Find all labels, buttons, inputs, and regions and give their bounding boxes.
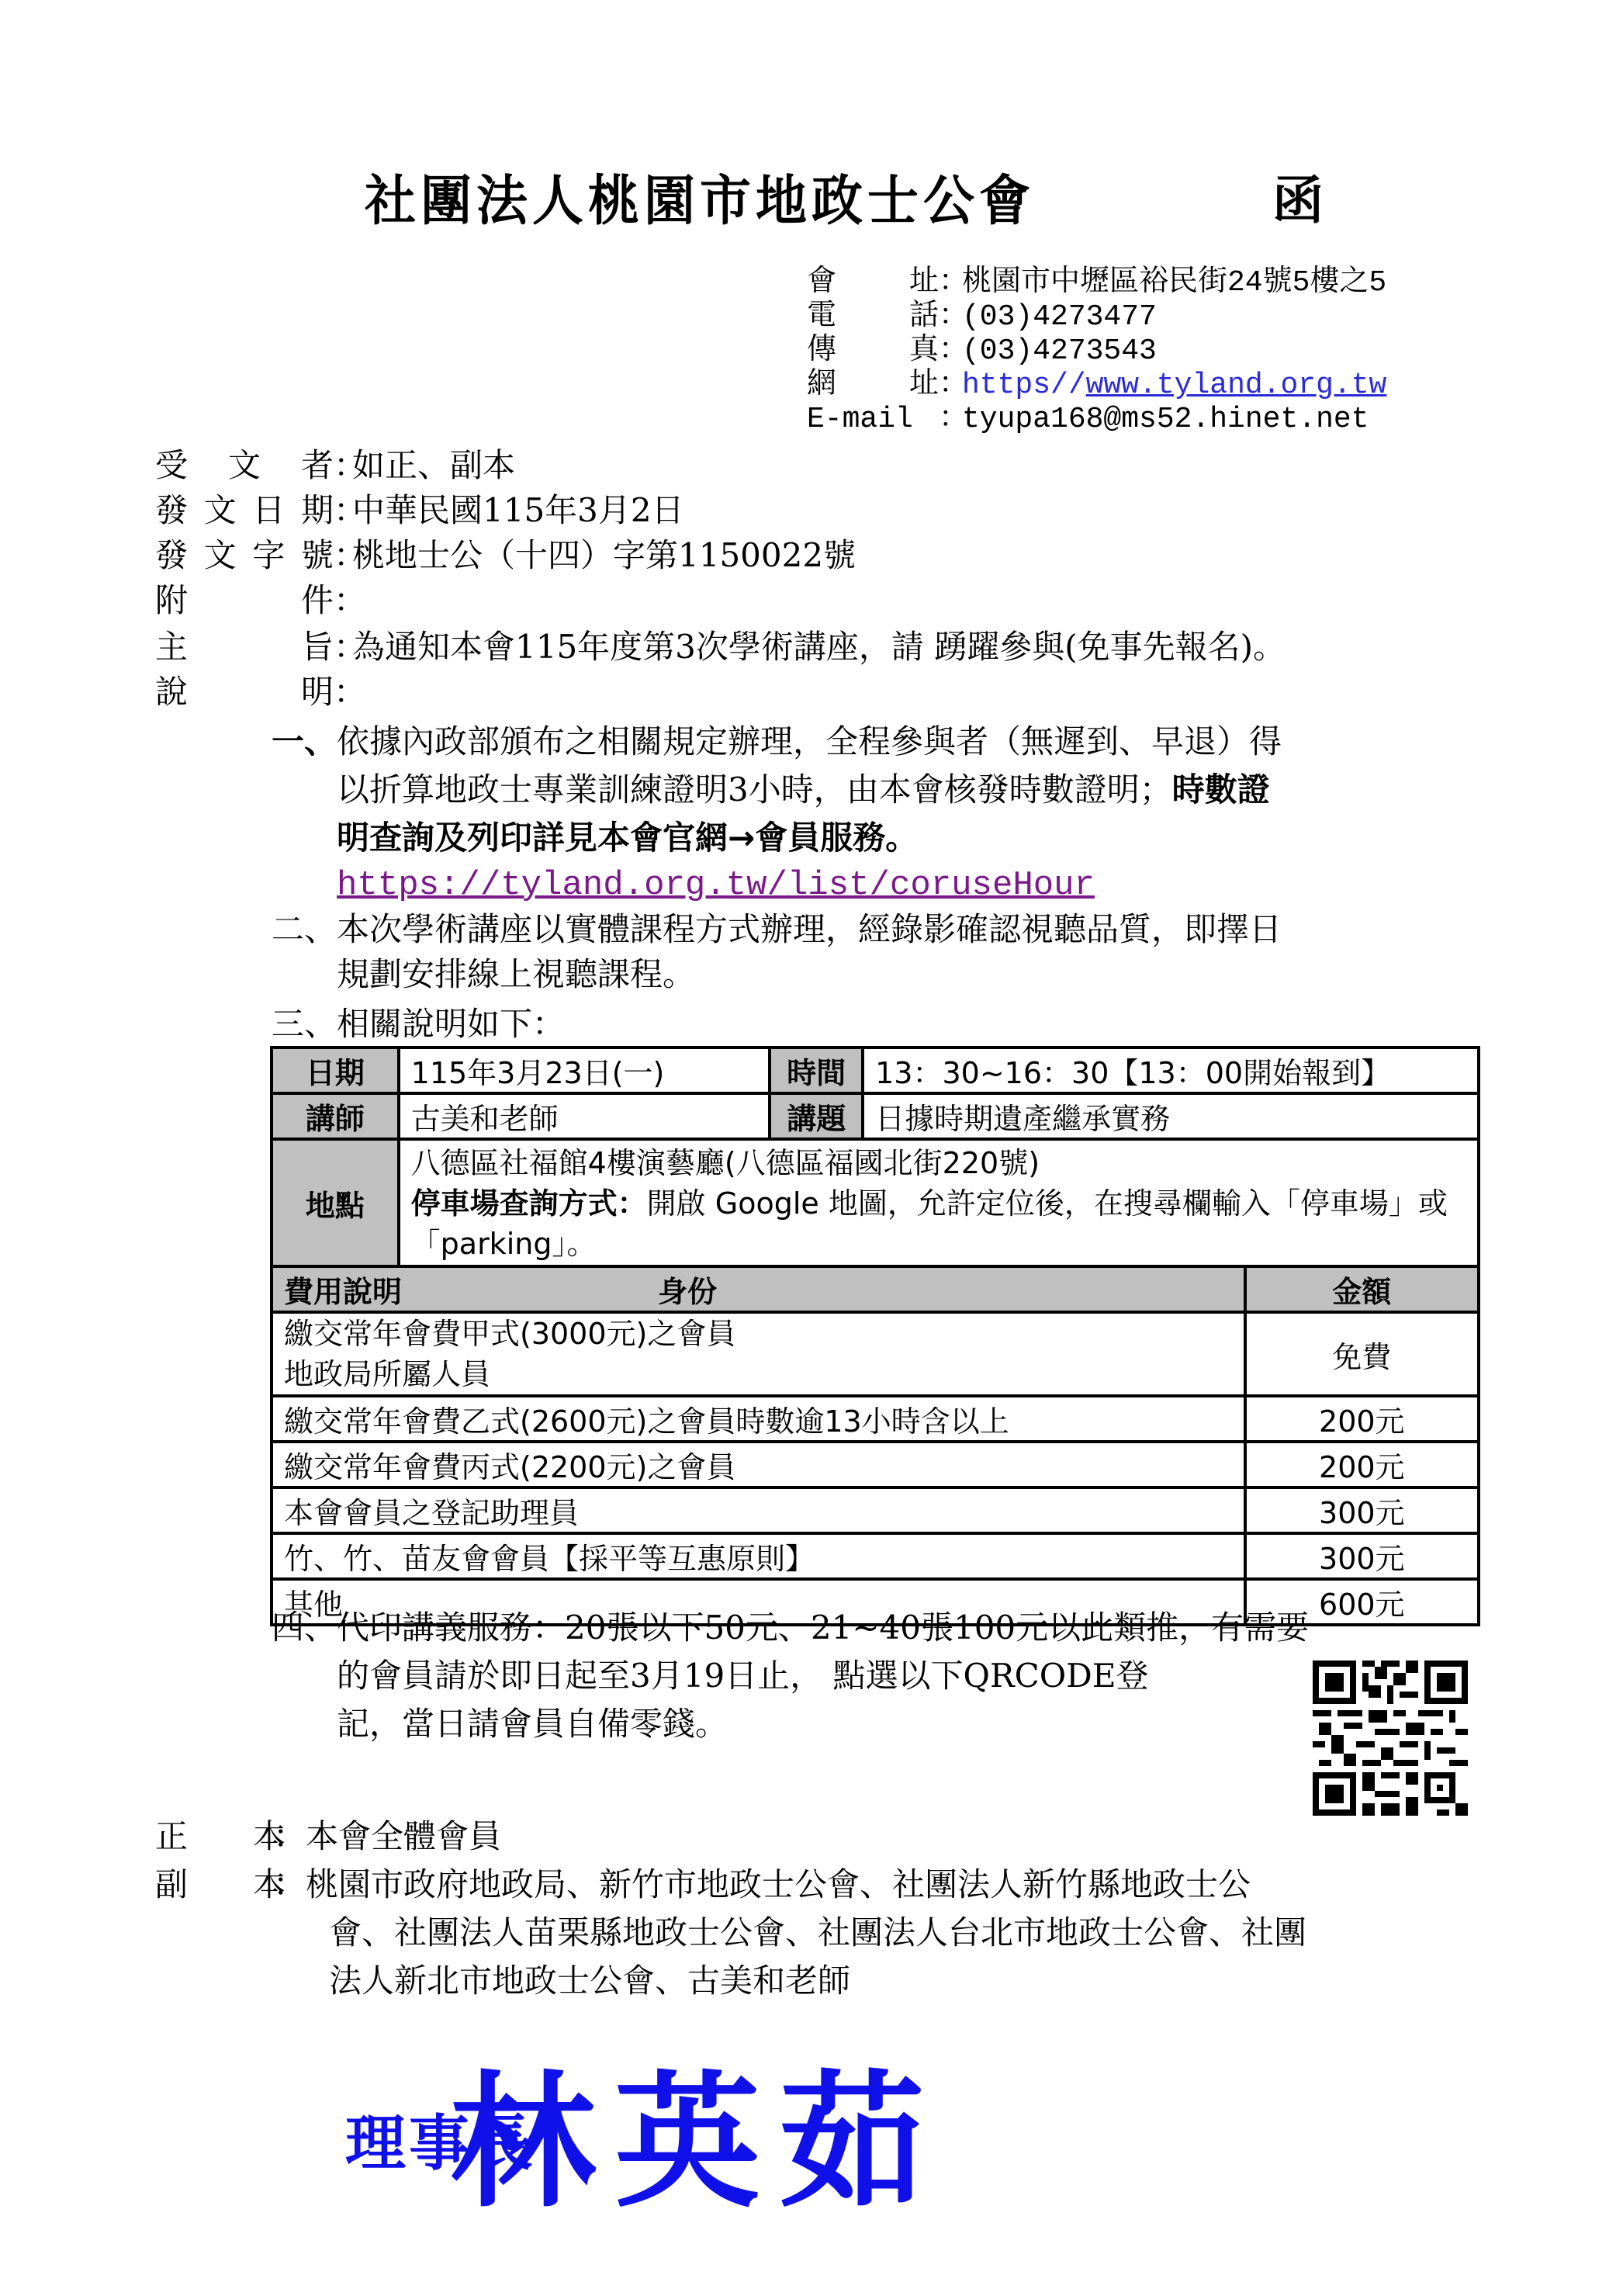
item-one-line3: 明查詢及列印詳見本會官網→會員服務。 (337, 815, 918, 861)
contact-block: 會 址：桃園市中壢區裕民街24號5樓之5 電 話：(03)4273477 傳 真… (807, 266, 1386, 437)
item-four-line3: 記，當日請會員自備零錢。 (337, 1701, 728, 1747)
qr-code-icon[interactable] (1313, 1661, 1468, 1816)
venue-value-cell: 八德區社福館4樓演藝廳(八德區福國北街220號) 停車場查詢方式：開啟 Goog… (399, 1139, 1479, 1266)
speaker-label-cell: 講師 (272, 1093, 399, 1139)
contact-address: 會 址：桃園市中壢區裕民街24號5樓之5 (807, 266, 1386, 300)
time-label-cell: 時間 (770, 1048, 863, 1093)
table-row: 竹、竹、苗友會會員【採平等互惠原則】 300元 (272, 1533, 1479, 1579)
contact-phone: 電 話：(03)4273477 (807, 300, 1386, 334)
recipient-field: 受文者：如正、副本 (155, 444, 515, 487)
date-field: 發文日期：中華民國115年3月2日 (155, 489, 684, 532)
reference-field: 發文字號：桃地士公（十四）字第1150022號 (155, 534, 856, 577)
table-row: 繳交常年會費乙式(2600元)之會員時數逾13小時含以上 200元 (272, 1396, 1479, 1442)
course-hour-link[interactable]: https://tyland.org.tw/list/coruseHour (337, 860, 1095, 909)
table-row: 繳交常年會費甲式(3000元)之會員 地政局所屬人員 免費 (272, 1312, 1479, 1396)
venue-label-cell: 地點 (272, 1139, 399, 1266)
fee-header-row: 費用說明身份 金額 (272, 1266, 1479, 1312)
contact-email: E-mail：tyupa168@ms52.hinet.net (807, 403, 1386, 437)
copy-recipients-line1: 副 本：桃園市政府地政局、新竹市地政士公會、社團法人新竹縣地政士公 (155, 1861, 1251, 1909)
item-four-line2: 的會員請於即日起至3月19日止， 點選以下QRCODE登 (337, 1653, 1148, 1699)
speaker-value-cell: 古美和老師 (399, 1093, 770, 1139)
explanation-label: 說 明： (155, 670, 352, 714)
copy-recipients-line2: 會、社團法人苗栗縣地政士公會、社團法人台北市地政士公會、社團 (329, 1909, 1306, 1957)
time-value-cell: 13：30~16：30【13：00開始報到】 (863, 1048, 1479, 1093)
date-label-cell: 日期 (272, 1048, 399, 1093)
copy-recipients-line3: 法人新北市地政士公會、古美和老師 (329, 1957, 850, 2005)
topic-value-cell: 日據時期遺產繼承實務 (863, 1093, 1479, 1139)
topic-label-cell: 講題 (770, 1093, 863, 1139)
item-one-line1: 一、依據內政部頒布之相關規定辦理，全程參與者（無遲到、早退）得 (272, 719, 1282, 765)
table-row: 繳交常年會費丙式(2200元)之會員 200元 (272, 1442, 1479, 1487)
contact-website: 網 址：https//www.tyland.org.tw (807, 369, 1386, 403)
doc-type: 函 (1272, 159, 1324, 233)
website-link[interactable]: www.tyland.org.tw (1086, 369, 1387, 402)
subject-field: 主 旨：為通知本會115年度第3次學術講座，請 踴躍參與(免事先報名)。 (155, 625, 1286, 669)
item-three-line1: 三、相關說明如下： (272, 1001, 565, 1048)
original-recipients: 正 本：本會全體會員 (155, 1813, 501, 1861)
org-title: 社團法人桃園市地政士公會 (365, 158, 1035, 235)
table-row: 本會會員之登記助理員 300元 (272, 1487, 1479, 1533)
item-two-line2: 規劃安排線上視聽課程。 (337, 951, 695, 998)
contact-fax: 傳 真：(03)4273543 (807, 334, 1386, 369)
date-value-cell: 115年3月23日(一) (399, 1048, 770, 1093)
table-row-venue: 地點 八德區社福館4樓演藝廳(八德區福國北街220號) 停車場查詢方式：開啟 G… (272, 1139, 1479, 1266)
attachment-field: 附 件： (155, 579, 352, 622)
item-one-line2: 以折算地政士專業訓練證明3小時，由本會核發時數證明；時數證 (337, 767, 1270, 813)
lecture-info-table: 日期 115年3月23日(一) 時間 13：30~16：30【13：00開始報到… (270, 1046, 1480, 1626)
item-two-line1: 二、本次學術講座以實體課程方式辦理，經錄影確認視聽品質，即擇日 (272, 906, 1282, 953)
fee-header-cell: 費用說明身份 (272, 1266, 1245, 1312)
amount-header-cell: 金額 (1245, 1266, 1479, 1312)
table-row-speaker: 講師 古美和老師 講題 日據時期遺產繼承實務 (272, 1093, 1479, 1139)
item-four-line1: 四、代印講義服務：20張以下50元、21~40張100元以此類推，有需要 (272, 1605, 1309, 1651)
signature-name: 林英茹 (450, 2025, 943, 2235)
table-row-date: 日期 115年3月23日(一) 時間 13：30~16：30【13：00開始報到… (272, 1048, 1479, 1093)
